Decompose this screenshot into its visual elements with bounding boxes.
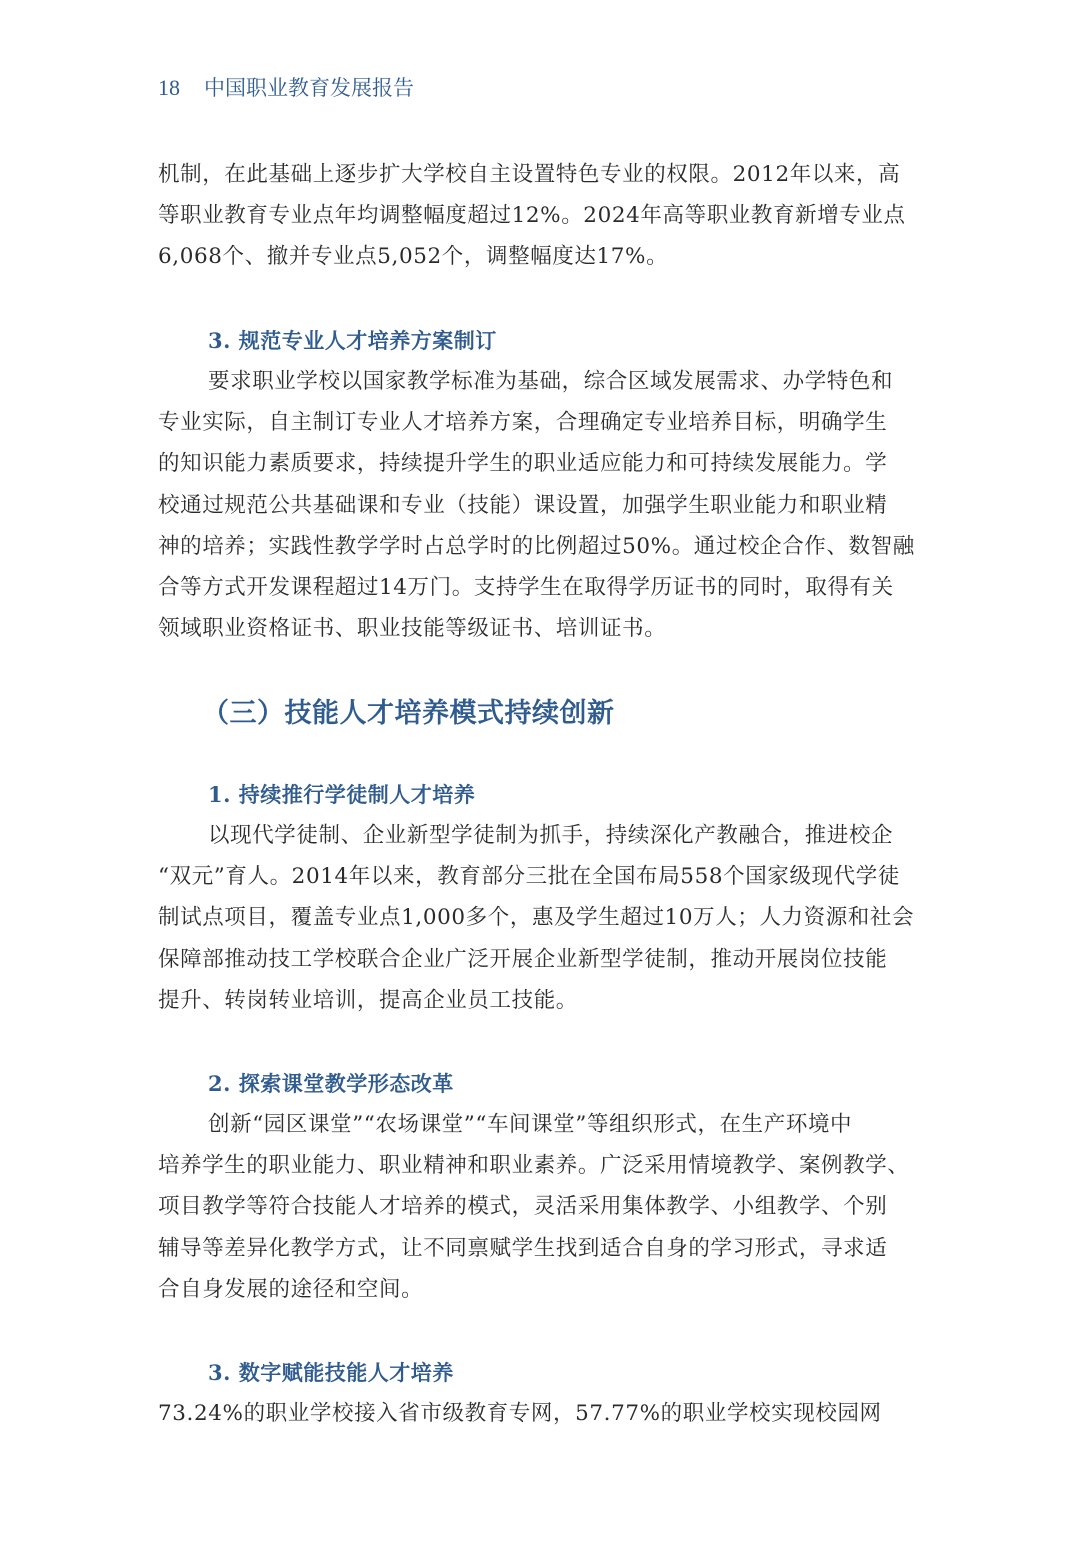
text-line: 神的培养；实践性教学学时占总学时的比例超过50%。通过校企合作、数智融	[158, 526, 936, 567]
text-line: 6,068个、撤并专业点5,052个，调整幅度达17%。	[158, 236, 936, 277]
running-header: 18中国职业教育发展报告	[158, 72, 414, 102]
text-line: 73.24%的职业学校接入省市级教育专网，57.77%的职业学校实现校园网	[158, 1393, 936, 1434]
subsection-title: 3. 数字赋能技能人才培养	[158, 1352, 936, 1393]
text-line: “双元”育人。2014年以来，教育部分三批在全国布局558个国家级现代学徒	[158, 856, 936, 897]
subsection-apprenticeship: 1. 持续推行学徒制人才培养 以现代学徒制、企业新型学徒制为抓手，持续深化产教融…	[158, 774, 936, 1021]
text-line: 保障部推动技工学校联合企业广泛开展企业新型学徒制，推动开展岗位技能	[158, 939, 936, 980]
subsection-title: 3. 规范专业人才培养方案制订	[158, 320, 936, 361]
subsection-standardize-training-plan: 3. 规范专业人才培养方案制订 要求职业学校以国家教学标准为基础，综合区域发展需…	[158, 320, 936, 649]
subsection-classroom-reform: 2. 探索课堂教学形态改革 创新“园区课堂”“农场课堂”“车间课堂”等组织形式，…	[158, 1063, 936, 1310]
subsection-title: 1. 持续推行学徒制人才培养	[158, 774, 936, 815]
text-line: 项目教学等符合技能人才培养的模式，灵活采用集体教学、小组教学、个别	[158, 1186, 936, 1227]
text-line: 校通过规范公共基础课和专业（技能）课设置，加强学生职业能力和职业精	[158, 485, 936, 526]
intro-paragraph: 机制，在此基础上逐步扩大学校自主设置特色专业的权限。2012年以来，高 等职业教…	[158, 154, 936, 278]
text-line: 要求职业学校以国家教学标准为基础，综合区域发展需求、办学特色和	[158, 361, 936, 402]
text-line: 辅导等差异化教学方式，让不同禀赋学生找到适合自身的学习形式，寻求适	[158, 1228, 936, 1269]
text-line: 培养学生的职业能力、职业精神和职业素养。广泛采用情境教学、案例教学、	[158, 1145, 936, 1186]
text-line: 合等方式开发课程超过14万门。支持学生在取得学历证书的同时，取得有关	[158, 567, 936, 608]
text-line: 制试点项目，覆盖专业点1,000多个，惠及学生超过10万人；人力资源和社会	[158, 897, 936, 938]
text-line: 创新“园区课堂”“农场课堂”“车间课堂”等组织形式，在生产环境中	[158, 1104, 936, 1145]
section-skills-training-innovation: （三）技能人才培养模式持续创新	[158, 694, 936, 734]
text-line: 提升、转岗转业培训，提高企业员工技能。	[158, 980, 936, 1021]
book-title: 中国职业教育发展报告	[204, 76, 414, 100]
text-line: 机制，在此基础上逐步扩大学校自主设置特色专业的权限。2012年以来，高	[158, 154, 936, 195]
page-number: 18	[158, 75, 204, 101]
document-page: 18中国职业教育发展报告 机制，在此基础上逐步扩大学校自主设置特色专业的权限。2…	[0, 0, 1080, 1561]
text-line: 专业实际，自主制订专业人才培养方案，合理确定专业培养目标，明确学生	[158, 402, 936, 443]
text-line: 领域职业资格证书、职业技能等级证书、培训证书。	[158, 608, 936, 649]
text-line: 合自身发展的途径和空间。	[158, 1269, 936, 1310]
subsection-digital-empowerment: 3. 数字赋能技能人才培养 73.24%的职业学校接入省市级教育专网，57.77…	[158, 1352, 936, 1434]
section-title: （三）技能人才培养模式持续创新	[158, 694, 936, 734]
text-line: 的知识能力素质要求，持续提升学生的职业适应能力和可持续发展能力。学	[158, 443, 936, 484]
text-line: 以现代学徒制、企业新型学徒制为抓手，持续深化产教融合，推进校企	[158, 815, 936, 856]
subsection-title: 2. 探索课堂教学形态改革	[158, 1063, 936, 1104]
text-line: 等职业教育专业点年均调整幅度超过12%。2024年高等职业教育新增专业点	[158, 195, 936, 236]
